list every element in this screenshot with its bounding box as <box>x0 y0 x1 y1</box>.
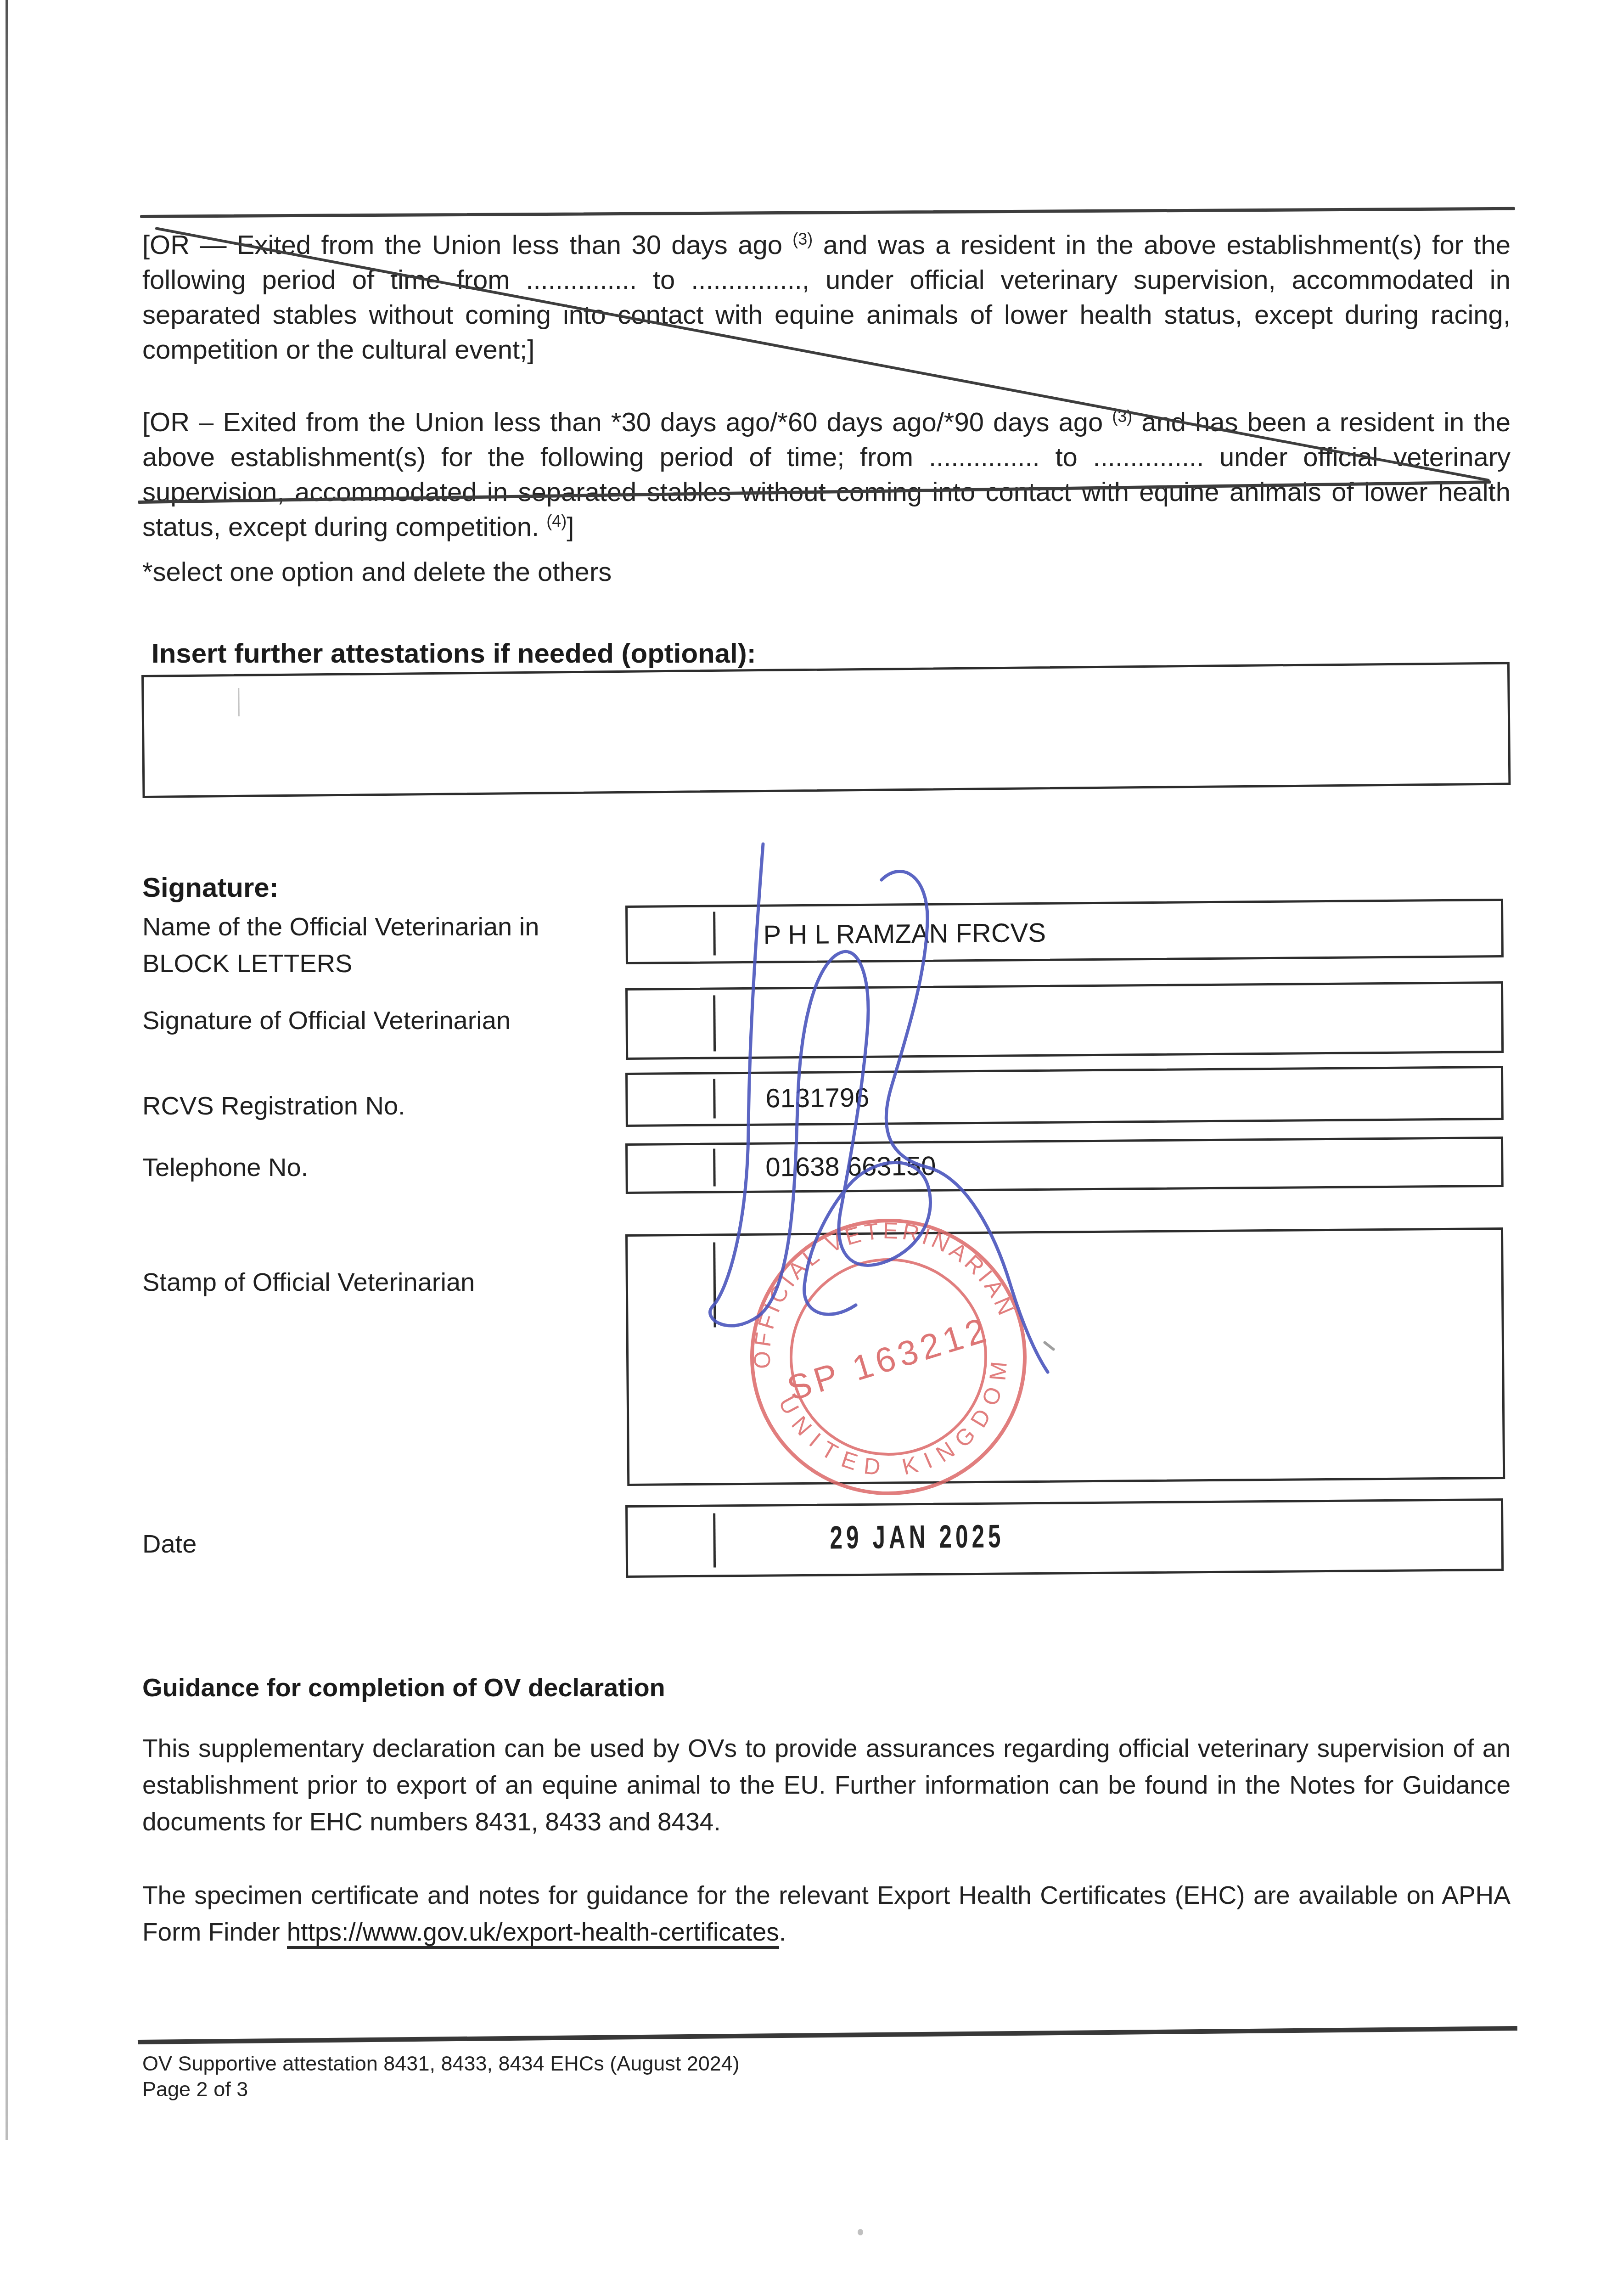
signature-field-label: Signature of Official Veterinarian <box>142 1002 511 1039</box>
date-stamp-value: 29 JAN 2025 <box>830 1518 1005 1556</box>
cell-divider-tick <box>713 1513 716 1567</box>
date-field-box: 29 JAN 2025 <box>625 1498 1504 1578</box>
signature-stroke-2 <box>882 871 1048 1372</box>
guidance-heading: Guidance for completion of OV declaratio… <box>142 1672 665 1702</box>
scan-edge-artifact <box>6 0 8 2140</box>
option-paragraph-1: [OR — Exited from the Union less than 30… <box>142 228 1511 367</box>
further-attestations-box <box>141 662 1511 798</box>
guidance-paragraph-2: The specimen certificate and notes for g… <box>142 1877 1511 1950</box>
strikethrough-line-paragraph1 <box>140 207 1515 218</box>
select-option-note: *select one option and delete the others <box>142 557 612 587</box>
guidance-paragraph-1: This supplementary declaration can be us… <box>142 1730 1511 1840</box>
footer-page-number: Page 2 of 3 <box>142 2077 248 2102</box>
rcvs-registration-label: RCVS Registration No. <box>142 1087 405 1124</box>
name-field-label: Name of the Official Veterinarian in BLO… <box>142 908 624 982</box>
further-attestations-heading: Insert further attestations if needed (o… <box>152 637 756 669</box>
footnote-3-superscript: (3) <box>792 230 813 248</box>
footer-rule <box>138 2026 1517 2044</box>
telephone-field-label: Telephone No. <box>142 1149 308 1186</box>
cell-divider-tick <box>238 688 240 716</box>
export-health-certificates-link[interactable]: https://www.gov.uk/export-health-certifi… <box>287 1918 779 1949</box>
stamp-field-label: Stamp of Official Veterinarian <box>142 1264 475 1300</box>
guidance-para2-period: . <box>779 1918 786 1946</box>
footnote-4-superscript: (4) <box>546 512 567 530</box>
signature-ink-scribble <box>634 836 1070 1387</box>
signature-section-heading: Signature: <box>142 872 279 903</box>
option2-text-c: ] <box>567 512 574 542</box>
date-field-label: Date <box>142 1525 197 1562</box>
footer-document-title: OV Supportive attestation 8431, 8433, 84… <box>142 2051 740 2077</box>
scan-speck <box>858 2229 863 2235</box>
option-paragraph-2: [OR – Exited from the Union less than *3… <box>142 405 1511 545</box>
option2-text-a: [OR – Exited from the Union less than *3… <box>142 407 1112 437</box>
scanned-document-page: [OR — Exited from the Union less than 30… <box>0 0 1623 2296</box>
signature-stroke-1 <box>710 844 931 1326</box>
